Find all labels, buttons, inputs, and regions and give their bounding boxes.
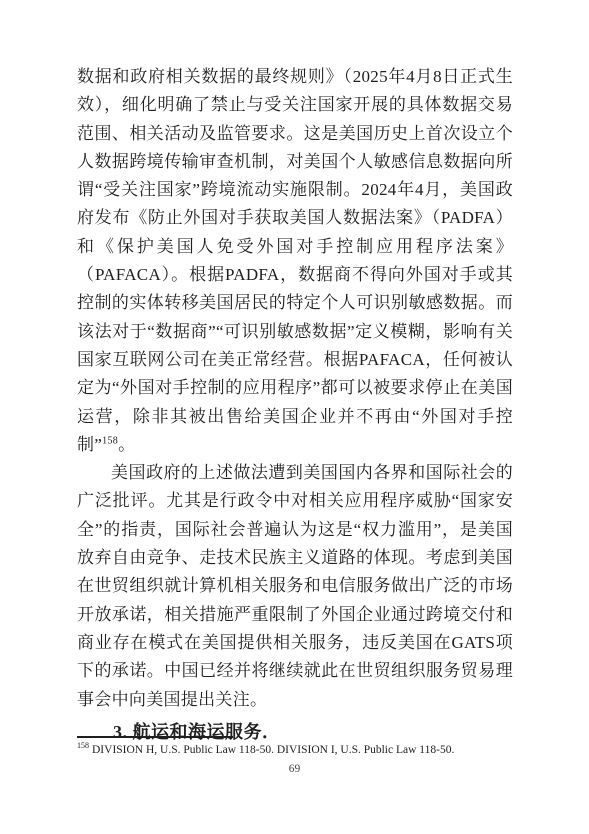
footnote-marker: 158 [77, 741, 89, 750]
paragraph-text-after-ref: 。 [118, 435, 135, 454]
document-page: 数据和政府相关数据的最终规则》（2025年4月8日正式生效），细化明确了禁止与受… [0, 0, 589, 834]
footnote-area: 158DIVISION H, U.S. Public Law 118-50. D… [77, 736, 513, 758]
paragraph-text: 数据和政府相关数据的最终规则》（2025年4月8日正式生效），细化明确了禁止与受… [77, 67, 513, 454]
paragraph-criticism: 美国政府的上述做法遭到美国国内各界和国际社会的广泛批评。尤其是行政令中对相关应用… [77, 459, 513, 714]
footnote-separator-rule [77, 736, 233, 738]
page-number: 69 [0, 763, 589, 775]
paragraph-data-rules: 数据和政府相关数据的最终规则》（2025年4月8日正式生效），细化明确了禁止与受… [77, 63, 513, 459]
footnote-ref-158: 158 [102, 435, 118, 446]
page-body: 数据和政府相关数据的最终规则》（2025年4月8日正式生效），细化明确了禁止与受… [77, 63, 513, 747]
footnote-158: 158DIVISION H, U.S. Public Law 118-50. D… [77, 743, 513, 758]
footnote-text: DIVISION H, U.S. Public Law 118-50. DIVI… [92, 744, 454, 756]
